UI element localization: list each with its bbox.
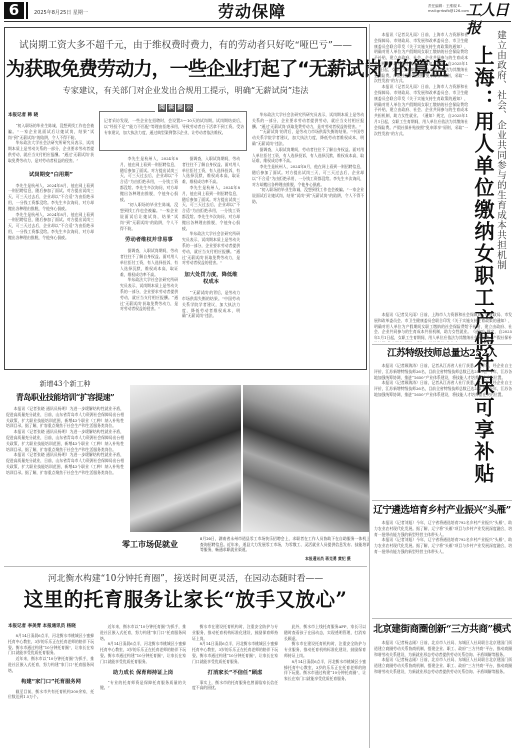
childcare-col3-text: 衡水市在建设托育机构时，注重安全防护与专业服务，推动托育机构标准化建设，鼓励保育… <box>192 624 278 641</box>
reading-tips-title: 阅 读 提 示 <box>155 104 196 112</box>
lead-col3-text: 据调查，入职试岗期间，劳动者往往不了解自身权益。面对用人单位拒付工资，有人选择投… <box>182 156 240 185</box>
subheading-penalties: 加大处罚力度，降低维权成本 <box>182 272 240 286</box>
right-column-divider <box>369 24 370 748</box>
lead-kicker: 试岗期工资大多不超千元，由于维权费时费力，有的劳动者只好吃“哑巴亏”—— <box>8 40 363 52</box>
lead-intro-paragraph: “初入职场的毕业生陈诚，没想到找工作也会被骗。”一家企业说面试后让她试岗，结果“… <box>8 123 94 140</box>
lead-col2-section-text-cont: 华东政法大学社会法研究所研究员表示，试岗期本质上是劳动关系的一部分，企业要求劳动… <box>120 277 178 312</box>
jiangsu-rule <box>372 344 512 345</box>
bottom-story-rule <box>4 566 367 567</box>
subheading-trial-period: 试岗期变“白用期” <box>8 172 94 179</box>
lead-column-4: 华东政法大学社会法研究所研究员表示，试岗期本质上是劳动关系的一部分，企业要求劳动… <box>252 112 364 363</box>
qingdao-paragraph-3: 本报讯（记者张晓 通讯员杨明）为进一步缓解结构性就业矛盾，促进高质量充分就业，日… <box>6 452 124 475</box>
lead-col2-text-2: “初入职场的毕业生陈诚，没想到找工作也会被骗。”一家企业说面试后让她试岗，结果“… <box>120 202 178 231</box>
lead-col3-text-2: 李先生是杭州人，2024年8月，他在网上看到一则招聘信息，随后参加了面试。对方提… <box>182 185 240 231</box>
childcare-col1-text-2: 近年来，衡水市以“10分钟托育圈”为抓手，推进社区嵌入式托育，努力构建“家门口”… <box>8 656 94 673</box>
jiangsu-paragraph-2: 本报讯（记者顾海涛）日前，记者从江苏省人社厅获悉，上半年，经企业自主评价，江苏新… <box>374 380 512 397</box>
photo-credit: 本报通讯员 蒋克勇 黄纪 摄 <box>305 556 351 561</box>
beijing-body: 本报讯（记者杨志刚）日前，北京市人社局、东城区人社局联合北京建国门街道建立商圈劳… <box>374 640 512 748</box>
childcare-col4-text: 此外，衡水市上线托育服务APP，家长可以随时查看孩子在园动态，实现透明管理，打消… <box>284 624 366 641</box>
tips-char: 读 <box>167 104 175 112</box>
jiangsu-headline[interactable]: 江苏特级技师总量达252人 <box>372 347 512 360</box>
childcare-col4-text-2: 衡水市在建设托育机构时，注重安全防护与专业服务，推动托育机构标准化建设，鼓励保育… <box>284 641 366 658</box>
lead-col4-text-3: 据调查，入职试岗期间，劳动者往往不了解自身权益。面对用人单位拒付工资，有人选择投… <box>252 147 364 164</box>
lead-col2-section-text: 据调查，入职试岗期间，劳动者往往不了解自身权益。面对用人单位拒付工资，有人选择投… <box>120 248 178 277</box>
shanghai-paragraph: 本报讯（记者吴凡雨）日前，上海市人力资源和社会保障局、市财政局、市发展和改革委员… <box>374 32 468 84</box>
photo-job-market-right <box>243 385 370 532</box>
tips-char: 示 <box>185 104 193 112</box>
lead-col4-text-4: 李先生是杭州人，2024年8月，他在网上看到一则招聘信息，随后参加了面试。对方提… <box>252 164 364 187</box>
shanghai-paragraph-2: 本报讯（记者吴凡雨）日前，上海市人力资源和社会保障局、市财政局、市发展和改革委员… <box>374 84 468 136</box>
subheading-certified-caregivers: 助力成长 保育师持证上岗 <box>100 670 186 677</box>
section-title: 劳动保障 <box>218 3 286 21</box>
subheading-trust-concerns: 打消家长“不信任”顾虑 <box>192 670 278 677</box>
photo-caption-title: 零工市场促就业 <box>122 540 178 550</box>
liaoning-body: 本报讯（记者刘旭）今年，辽宁省将遴选培育792名乡村产业振兴“头雁”，助力农业农… <box>374 520 512 630</box>
shanghai-body-wide: 本报讯（记者吴凡雨）日前，上海市人力资源和社会保障局、市财政局、市发展和改革委员… <box>374 312 512 342</box>
shanghai-body: 本报讯（记者吴凡雨）日前，上海市人力资源和社会保障局、市财政局、市发展和改革委员… <box>374 32 468 312</box>
childcare-byline: 本报记者 李美青 本报通讯员 杨晓 <box>8 624 76 630</box>
page-number-divider <box>26 2 28 19</box>
lead-column-2: 李先生是杭州人，2024年8月，他在网上看到一则招聘信息，随后参加了面试。对方提… <box>120 156 178 363</box>
photo-caption: 8月20日，湖南省永州市道县零工市场快乐招聘会上，求职者在工作人员协助下在自助服… <box>200 536 370 553</box>
liaoning-headline[interactable]: 辽宁遴选培育乡村产业振兴“头雁” <box>372 504 512 517</box>
beijing-rule <box>372 618 512 619</box>
childcare-col1-text-3: 截至目前，衡水市共有托育机构300余家，托位数达到1.5万个。 <box>8 689 94 701</box>
jiangsu-paragraph: 本报讯（记者顾海涛）日前，记者从江苏省人社厅获悉，上半年，经企业自主评价，江苏新… <box>374 363 512 380</box>
childcare-col2-text: 近年来，衡水市以“10分钟托育圈”为抓手，推进社区嵌入式托育，努力构建“家门口”… <box>100 624 186 641</box>
lead-col2-text: 李先生是杭州人，2024年8月，他在网上看到一则招聘信息，随后参加了面试。对方提… <box>120 156 178 202</box>
childcare-column-3: 衡水市在建设托育机构时，注重安全防护与专业服务，推动托育机构标准化建设，鼓励保育… <box>192 624 278 748</box>
jiangsu-body: 本报讯（记者顾海涛）日前，记者从江苏省人社厅获悉，上半年，经企业自主评价，江苏新… <box>374 363 512 433</box>
childcare-col4-text-3: 8月14日清晨6点半，河北衡水市桃城区小蜜蜂托育中心教室，3岁的乐乐正在托育老师… <box>284 659 366 682</box>
issue-date: 2025年8月25日 星期一 <box>34 10 88 16</box>
lead-col4-text-5: “初入职场的毕业生陈诚，没想到找工作也会被骗。”一家企业说面试后让她试岗，结果“… <box>252 187 364 204</box>
lead-subhead: 专家建议，有关部门对企业发出合规用工提示，明确“无薪试岗”违法 <box>8 85 363 95</box>
childcare-kicker: 河北衡水构建“10分钟托育圈”，接送时间更灵活，在园动态随时看—— <box>4 574 367 585</box>
beijing-paragraph: 本报讯（记者杨志刚）日前，北京市人社局、东城区人社局联合北京建国门街道建立商圈劳… <box>374 640 512 657</box>
liaoning-paragraph: 本报讯（记者刘旭）今年，辽宁省将遴选培育792名乡村产业振兴“头雁”，助力农业农… <box>374 520 512 537</box>
childcare-column-1: 8月14日清晨6点半，河北衡水市桃城区小蜜蜂托育中心教室，3岁的乐乐正在托育老师… <box>8 633 94 748</box>
subheading-doorstep-network: 构建“家门口”托育服务网 <box>8 679 94 686</box>
childcare-column-2: 近年来，衡水市以“10分钟托育圈”为抓手，推进社区嵌入式托育，努力构建“家门口”… <box>100 624 186 748</box>
lead-col1-section-text-cont: 李先生是杭州人，2024年8月，他在网上看到一则招聘信息，随后参加了面试。对方提… <box>8 212 94 241</box>
newspaper-logo: 工人日报 <box>466 1 515 37</box>
tips-char: 阅 <box>158 104 166 112</box>
lead-headline[interactable]: 为获取免费劳动力，一些企业打起了“无薪试岗”的算盘 <box>6 57 366 81</box>
reading-tips-text: 记者采访发现，一些企业在招聘时，会设置3～10天的试岗期。试岗期结束后，以“经验… <box>104 118 244 135</box>
lead-col1-extra: 华东政法大学社会法研究所研究员表示，试岗期本质上是劳动关系的一部分，企业要求劳动… <box>8 140 94 163</box>
lead-col1-section-text: 李先生是杭州人，2024年8月，他在网上看到一则招聘信息，随后参加了面试。对方提… <box>8 183 94 212</box>
shanghai-paragraph-wide: 本报讯（记者吴凡雨）日前，上海市人力资源和社会保障局、市财政局、市发展和改革委员… <box>374 312 512 342</box>
childcare-col3-text-3: 事实上，衡水市的托育服务也曾面临家长信任度不高的困扰。 <box>192 680 278 692</box>
childcare-col2-text-2: 8月14日清晨6点半，河北衡水市桃城区小蜜蜂托育中心教室，3岁的乐乐正在托育老师… <box>100 641 186 664</box>
masthead-rule <box>4 21 511 22</box>
childcare-col2-text-3: “专业的托育师资是保障托育服务质量的关键。” <box>100 680 186 692</box>
childcare-column-4: 此外，衡水市上线托育服务APP，家长可以随时查看孩子在园动态，实现透明管理，打消… <box>284 624 366 748</box>
liaoning-paragraph-2: 本报讯（记者刘旭）今年，辽宁省将遴选培育792名乡村产业振兴“头雁”，助力农业农… <box>374 537 512 554</box>
lead-col3-section-text: “‘无薪试岗’的背后，是劳动力市场供需失衡的结果。”中国劳动关系学院学者建议，加… <box>182 290 240 319</box>
photo-job-market-left <box>130 385 241 532</box>
lead-column-1: “初入职场的毕业生陈诚，没想到找工作也会被骗。”一家企业说面试后让她试岗，结果“… <box>8 123 94 363</box>
qingdao-kicker: 新增43个新工种 <box>6 380 124 389</box>
qingdao-paragraph: 本报讯（记者张晓 通讯员杨明）为进一步缓解结构性就业矛盾，促进高质量充分就业，日… <box>6 406 124 429</box>
lead-col4-text-2: “‘无薪试岗’的背后，是劳动力市场供需失衡的结果。”中国劳动关系学院学者建议，加… <box>252 129 364 146</box>
lead-byline: 本报记者 韩 晓 <box>8 113 38 119</box>
tips-char: 提 <box>176 104 184 112</box>
lead-col3-text-3: 华东政法大学社会法研究所研究员表示，试岗期本质上是劳动关系的一部分，企业要求劳动… <box>182 231 240 266</box>
qingdao-paragraph-2: 本报讯（记者张晓 通讯员杨明）为进一步缓解结构性就业矛盾，促进高质量充分就业，日… <box>6 429 124 452</box>
lead-column-3: 据调查，入职试岗期间，劳动者往往不了解自身权益。面对用人单位拒付工资，有人选择投… <box>182 156 240 363</box>
subheading-rights-hard: 劳动者维权并非易事 <box>120 237 178 244</box>
qingdao-body: 本报讯（记者张晓 通讯员杨明）为进一步缓解结构性就业矛盾，促进高质量充分就业，日… <box>6 406 124 564</box>
childcare-headline[interactable]: 这里的托育服务让家长“放手又放心” <box>4 588 367 612</box>
beijing-paragraph-2: 本报讯（记者杨志刚）日前，北京市人社局、东城区人社局联合北京建国门街道建立商圈劳… <box>374 657 512 674</box>
childcare-col3-text-2: 8月14日清晨6点半，河北衡水市桃城区小蜜蜂托育中心教室，3岁的乐乐正在托育老师… <box>192 641 278 664</box>
lead-col4-text: 华东政法大学社会法研究所研究员表示，试岗期本质上是劳动关系的一部分，企业要求劳动… <box>252 112 364 129</box>
page-number: 6 <box>4 2 24 19</box>
liaoning-rule <box>372 500 512 501</box>
childcare-col1-text: 8月14日清晨6点半，河北衡水市桃城区小蜜蜂托育中心教室，3岁的乐乐正在托育老师… <box>8 633 94 656</box>
qingdao-headline[interactable]: 青岛职业技能培训“扩容提速” <box>4 392 126 403</box>
beijing-headline[interactable]: 北京建街商圈创新“三方共商”模式 <box>372 623 512 636</box>
